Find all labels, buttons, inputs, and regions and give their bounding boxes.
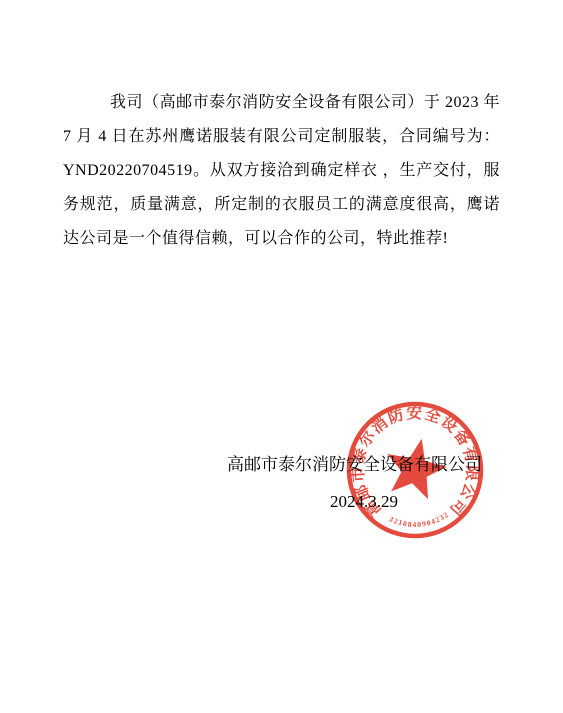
recommendation-paragraph: 我司（高邮市泰尔消防安全设备有限公司）于 2023 年 7 月 4 日在苏州鹰诺…: [63, 86, 500, 256]
paragraph-line: 我司（高邮市泰尔消防安全设备有限公司）于 2023 年: [63, 86, 500, 120]
paragraph-line: 7 月 4 日在苏州鹰诺服装有限公司定制服装，合同编号为：: [63, 120, 500, 154]
paragraph-line: 达公司是一个值得信赖，可以合作的公司，特此推荐!: [63, 222, 500, 256]
document-page: 我司（高邮市泰尔消防安全设备有限公司）于 2023 年 7 月 4 日在苏州鹰诺…: [0, 0, 563, 713]
paragraph-line: 务规范，质量满意，所定制的衣服员工的满意度很高，鹰诺: [63, 188, 500, 222]
signature-date: 2024.3.29: [330, 488, 398, 516]
signature-company-name: 高邮市泰尔消防安全设备有限公司: [227, 448, 487, 482]
paragraph-line: YND20220704519。从双方接洽到确定样衣 ，生产交付，服: [63, 154, 500, 188]
